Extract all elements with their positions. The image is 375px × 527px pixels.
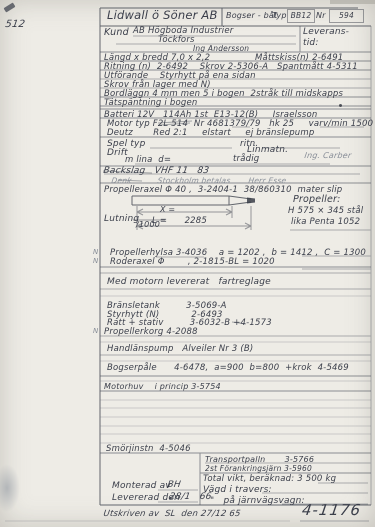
nr-label: Nr	[316, 12, 326, 20]
scanned-form-page: 512 Lidwall ö Söner AB Bogser - båt Typ …	[0, 0, 375, 527]
footnote-mark-3: N	[93, 328, 98, 335]
type-value: BB12	[291, 12, 312, 20]
total-weight-row: Total vikt, beräknad: 3 500 kg	[203, 475, 336, 484]
engine-hood-row: Motorhuv i princip 3-5754	[104, 383, 221, 391]
gearbox-row: Backslag VHF 11 83	[103, 167, 210, 176]
lutning-label: Lutning	[104, 215, 139, 224]
signature: Ing. Carber	[304, 152, 352, 160]
transport-pallet-row: Transportpalln 3-5766	[205, 456, 314, 464]
propeller-cage-row: Propellerkorg 4-2088	[104, 328, 198, 337]
shaft-tip	[247, 198, 255, 204]
lubrication-row: Smörjinstn 4-5046	[106, 445, 191, 454]
shaft-outline	[132, 196, 251, 205]
propeller-spec-1: H 575 × 345 stål	[288, 207, 363, 216]
footnote-mark-1: N	[93, 249, 98, 256]
customer-label: Kund	[104, 28, 129, 38]
hand-bilge-pump-row: Handlänspump Alveiler Nr 3 (B)	[107, 345, 253, 354]
towing-post-row: Bogserpåle 4-6478, a=900 b=800 +krok 4-5…	[107, 364, 349, 373]
written-by-row: Utskriven av SL den 27/12 65	[103, 510, 241, 519]
line-length-label: m lina d=	[125, 156, 171, 165]
anchor-irons-row: 2st Förankringsjärn 3-5960	[205, 465, 312, 473]
product-title: Bogser - båt	[226, 12, 277, 20]
footnote-mark-2: N	[93, 258, 98, 265]
scan-streak	[330, 0, 375, 4]
gearbox-note-row: Denk Stockholm betalas Herr Esse	[111, 177, 287, 185]
dimension-x-label: X =	[160, 206, 175, 214]
customer-contact: Ing Andersson	[193, 45, 249, 53]
assembled-by-value: BH	[167, 481, 182, 490]
delivered-date-value: 28/1 66	[169, 493, 212, 502]
assembled-by-label: Monterad av	[112, 482, 171, 491]
rudder-shaft-row: Roderaxel Φ , 2-1815-BL = 1020	[110, 258, 275, 267]
margin-number: 512	[5, 20, 26, 30]
type-value-box: BB12	[287, 9, 315, 23]
weighed-crane-label: Vägd i travers:	[203, 486, 272, 495]
engine-detail-row: Deutz Red 2:1 elstart ej bränslepump	[107, 129, 314, 138]
nr-value-box: 594	[329, 9, 364, 23]
delivery-time-label-1: Leverans-	[303, 28, 349, 37]
document-number: 4-1176	[301, 503, 362, 518]
tradig-label: trådig	[233, 155, 259, 164]
nr-value: 594	[339, 12, 354, 20]
propeller-label: Propeller:	[293, 195, 341, 205]
dimension-l-label: L = 2285	[152, 217, 207, 226]
railway-wagon-label: " på järnvägsvagn:	[210, 497, 305, 506]
delivered-with-engine-row: Med motorn levererat fartreglage	[107, 278, 271, 287]
tatspantning-row: Tätspäntning i bogen	[104, 99, 198, 108]
delivery-time-label-2: tid:	[303, 39, 319, 48]
ink-dot	[339, 104, 342, 107]
customer-place: Töckfors	[158, 36, 195, 45]
propeller-spec-2: lika Penta 1052	[291, 218, 360, 227]
type-label: Typ	[272, 12, 287, 20]
company-name: Lidwall ö Söner AB	[107, 10, 218, 22]
